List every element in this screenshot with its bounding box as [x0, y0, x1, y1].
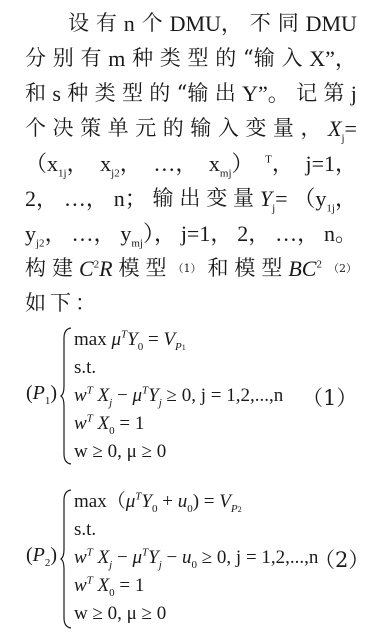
text-token: 模	[119, 251, 140, 286]
math-transpose: T，	[265, 146, 294, 181]
text-token: 个	[142, 6, 163, 41]
text-token: DMU	[306, 6, 357, 41]
text-token: 构	[25, 251, 46, 286]
math-Yj: Yj=	[260, 181, 288, 216]
text-token: 别	[53, 41, 74, 76]
text-token: “输	[177, 76, 209, 111]
text-token: 的	[163, 111, 184, 146]
text-token: 单	[108, 111, 129, 146]
text-token: 和	[25, 76, 46, 111]
formula-label: (P2)	[26, 544, 57, 567]
text-token: 模	[234, 251, 255, 286]
text-token: 不	[250, 6, 271, 41]
citation-ref-1[interactable]: （1）	[172, 251, 201, 286]
text-token: 类	[160, 41, 181, 76]
text-token: “输	[243, 41, 275, 76]
text-token: …，	[71, 216, 115, 251]
normalization-row: wT X0 = 1	[74, 572, 318, 600]
math-ymj: ymj），	[120, 216, 176, 251]
text-line-6: 2， …， n； 输 出 变 量 Yj= （y1j，	[25, 181, 357, 216]
text-token: 2，	[25, 181, 58, 216]
text-token: 类	[95, 76, 116, 111]
text-line-2: 分 别 有 m 种 类 型 的 “输 入 X”，	[25, 41, 357, 76]
text-token: 如下：	[25, 286, 100, 321]
text-token: n。	[324, 216, 357, 251]
text-token: 种	[132, 41, 153, 76]
text-line-5: （x1j， xj2， …， xmj） T， j=1，	[25, 146, 357, 181]
equation-number: （1）	[302, 382, 357, 412]
text-token: 型	[122, 76, 143, 111]
math-y1j: （y1j，	[293, 181, 357, 216]
text-token: …，	[153, 146, 197, 181]
model-BC2: BC2	[288, 251, 322, 286]
text-line-3: 和 s 种 类 型 的 “输 出 Y”。 记 第 j	[25, 76, 357, 111]
text-line-4: 个 决 策 单 元 的 输 入 变 量 ， Xj=	[25, 111, 357, 146]
text-token: 的	[215, 41, 236, 76]
text-token: 同	[278, 6, 299, 41]
text-token: 第	[323, 76, 344, 111]
text-token: 2，	[237, 216, 270, 251]
constraint-row: wT Xj − μTYj − u0 ≥ 0, j = 1,2,...,n	[74, 544, 318, 572]
math-Xj: Xj=	[328, 111, 357, 146]
math-yj2: yj2，	[25, 216, 67, 251]
formula-rows: max μTY0 = VP1 s.t. wT Xj − μTYj ≥ 0, j …	[74, 326, 283, 466]
math-xj2: xj2，	[100, 146, 142, 181]
text-token: 变	[206, 181, 227, 216]
text-token: s	[52, 76, 61, 111]
text-token: Y”。	[242, 76, 290, 111]
text-token: 设	[68, 6, 89, 41]
text-token: 种	[67, 76, 88, 111]
text-token: 量	[273, 111, 294, 146]
text-token: 输	[190, 111, 211, 146]
math-x1j: （x1j，	[25, 146, 89, 181]
text-token: 策	[80, 111, 101, 146]
text-token: ，	[300, 111, 321, 146]
body-paragraph: 设 有 n 个 DMU， 不 同 DMU 分 别 有 m 种 类 型 的 “输 …	[25, 6, 357, 321]
text-token: 有	[96, 6, 117, 41]
text-token: n	[124, 6, 135, 41]
text-token: 出	[215, 76, 236, 111]
text-token: 的	[149, 76, 170, 111]
text-token: 决	[53, 111, 74, 146]
text-token: 输	[153, 181, 174, 216]
text-token: 入	[218, 111, 239, 146]
text-token: 有	[80, 41, 101, 76]
nonnegativity-row: w ≥ 0, μ ≥ 0	[74, 438, 283, 466]
text-token: X”，	[309, 41, 357, 76]
text-token: 入	[281, 41, 302, 76]
left-brace-icon	[60, 326, 72, 466]
formula-label: (P1)	[26, 382, 57, 405]
text-token: m	[108, 41, 125, 76]
left-brace-icon	[60, 488, 72, 630]
equation-number: （2）	[314, 544, 369, 574]
text-token: n；	[114, 181, 147, 216]
text-token: DMU，	[170, 6, 243, 41]
text-token: j=1，	[181, 216, 233, 251]
nonnegativity-row: w ≥ 0, μ ≥ 0	[74, 600, 318, 628]
text-token: 型	[188, 41, 209, 76]
text-token: 个	[25, 111, 46, 146]
citation-ref-2[interactable]: （2）	[328, 251, 357, 286]
subject-to-row: s.t.	[74, 516, 318, 544]
text-line-7: yj2， …， ymj）， j=1， 2， …， n。	[25, 216, 357, 251]
text-line-1: 设 有 n 个 DMU， 不 同 DMU	[25, 6, 357, 41]
text-token: 量	[233, 181, 254, 216]
text-token: 型	[146, 251, 167, 286]
text-token: 记	[296, 76, 317, 111]
text-line-8: 构 建 C2R 模 型 （1） 和 模 型 BC2 （2）	[25, 251, 357, 286]
text-token: j=1，	[305, 146, 357, 181]
formula-rows: max（μTY0 + u0) = VP2 s.t. wT Xj − μTYj −…	[74, 488, 318, 628]
math-xmj: xmj）	[209, 146, 254, 181]
text-token: …，	[64, 181, 108, 216]
constraint-row: wT Xj − μTYj ≥ 0, j = 1,2,...,n	[74, 382, 283, 410]
objective-row: max（μTY0 + u0) = VP2	[74, 488, 318, 516]
normalization-row: wT X0 = 1	[74, 410, 283, 438]
subject-to-row: s.t.	[74, 354, 283, 382]
text-token: 型	[261, 251, 282, 286]
text-token: 元	[135, 111, 156, 146]
text-token: …，	[275, 216, 319, 251]
text-token: 变	[245, 111, 266, 146]
text-token: j	[351, 76, 357, 111]
text-token: 出	[179, 181, 200, 216]
text-token: 建	[52, 251, 73, 286]
text-token: 分	[25, 41, 46, 76]
text-token: 和	[207, 251, 228, 286]
model-C2R: C2R	[79, 251, 113, 286]
text-line-9: 如下：	[25, 286, 357, 321]
objective-row: max μTY0 = VP1	[74, 326, 283, 354]
